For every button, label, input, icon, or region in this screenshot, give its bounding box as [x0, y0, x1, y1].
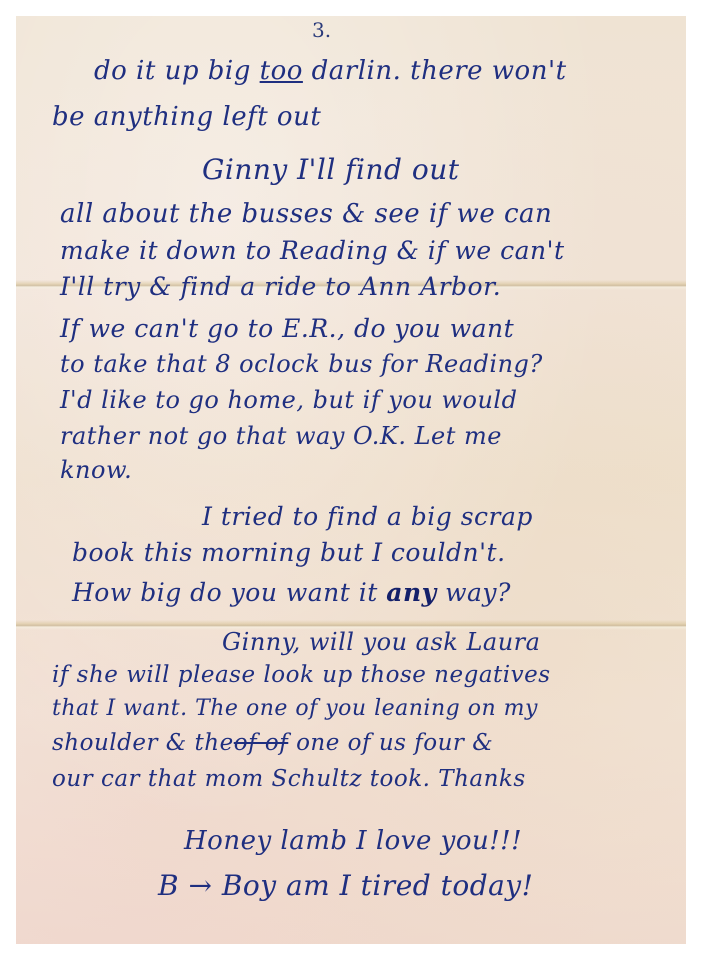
letter-line-18: shoulder & theof of one of us four &: [52, 732, 493, 755]
letter-line-14: How big do you want it any way?: [72, 580, 511, 605]
closing-line: Honey lamb I love you!!!: [184, 828, 522, 854]
letter-line-7: If we can't go to E.R., do you want: [60, 316, 514, 341]
letter-line-19: our car that mom Schultz took. Thanks: [52, 768, 526, 791]
page-number: 3.: [312, 18, 331, 42]
letter-line-6: I'll try & find a ride to Ann Arbor.: [60, 274, 501, 299]
letter-line-9: I'd like to go home, but if you would: [60, 388, 517, 412]
letter-line-11: know.: [60, 458, 132, 482]
letter-line-8: to take that 8 oclock bus for Reading?: [60, 352, 543, 376]
letter-line-12: I tried to find a big scrap: [202, 504, 533, 529]
letter-line-10: rather not go that way O.K. Let me: [60, 424, 502, 448]
postscript-line: B → Boy am I tired today!: [158, 872, 533, 900]
letter-line-2: be anything left out: [52, 104, 321, 130]
letter-line-17: that I want. The one of you leaning on m…: [52, 698, 538, 720]
letter-line-3: Ginny I'll find out: [202, 156, 460, 184]
letter-line-5: make it down to Reading & if we can't: [60, 238, 565, 263]
letter-line-4: all about the busses & see if we can: [60, 201, 552, 227]
letter-line-13: book this morning but I couldn't.: [72, 540, 506, 565]
letter-page: 3. do it up big too darlin. there won't …: [16, 16, 686, 944]
letter-line-15: Ginny, will you ask Laura: [222, 630, 540, 654]
letter-line-16: if she will please look up those negativ…: [52, 664, 551, 687]
letter-line-1: do it up big too darlin. there won't: [94, 58, 567, 84]
